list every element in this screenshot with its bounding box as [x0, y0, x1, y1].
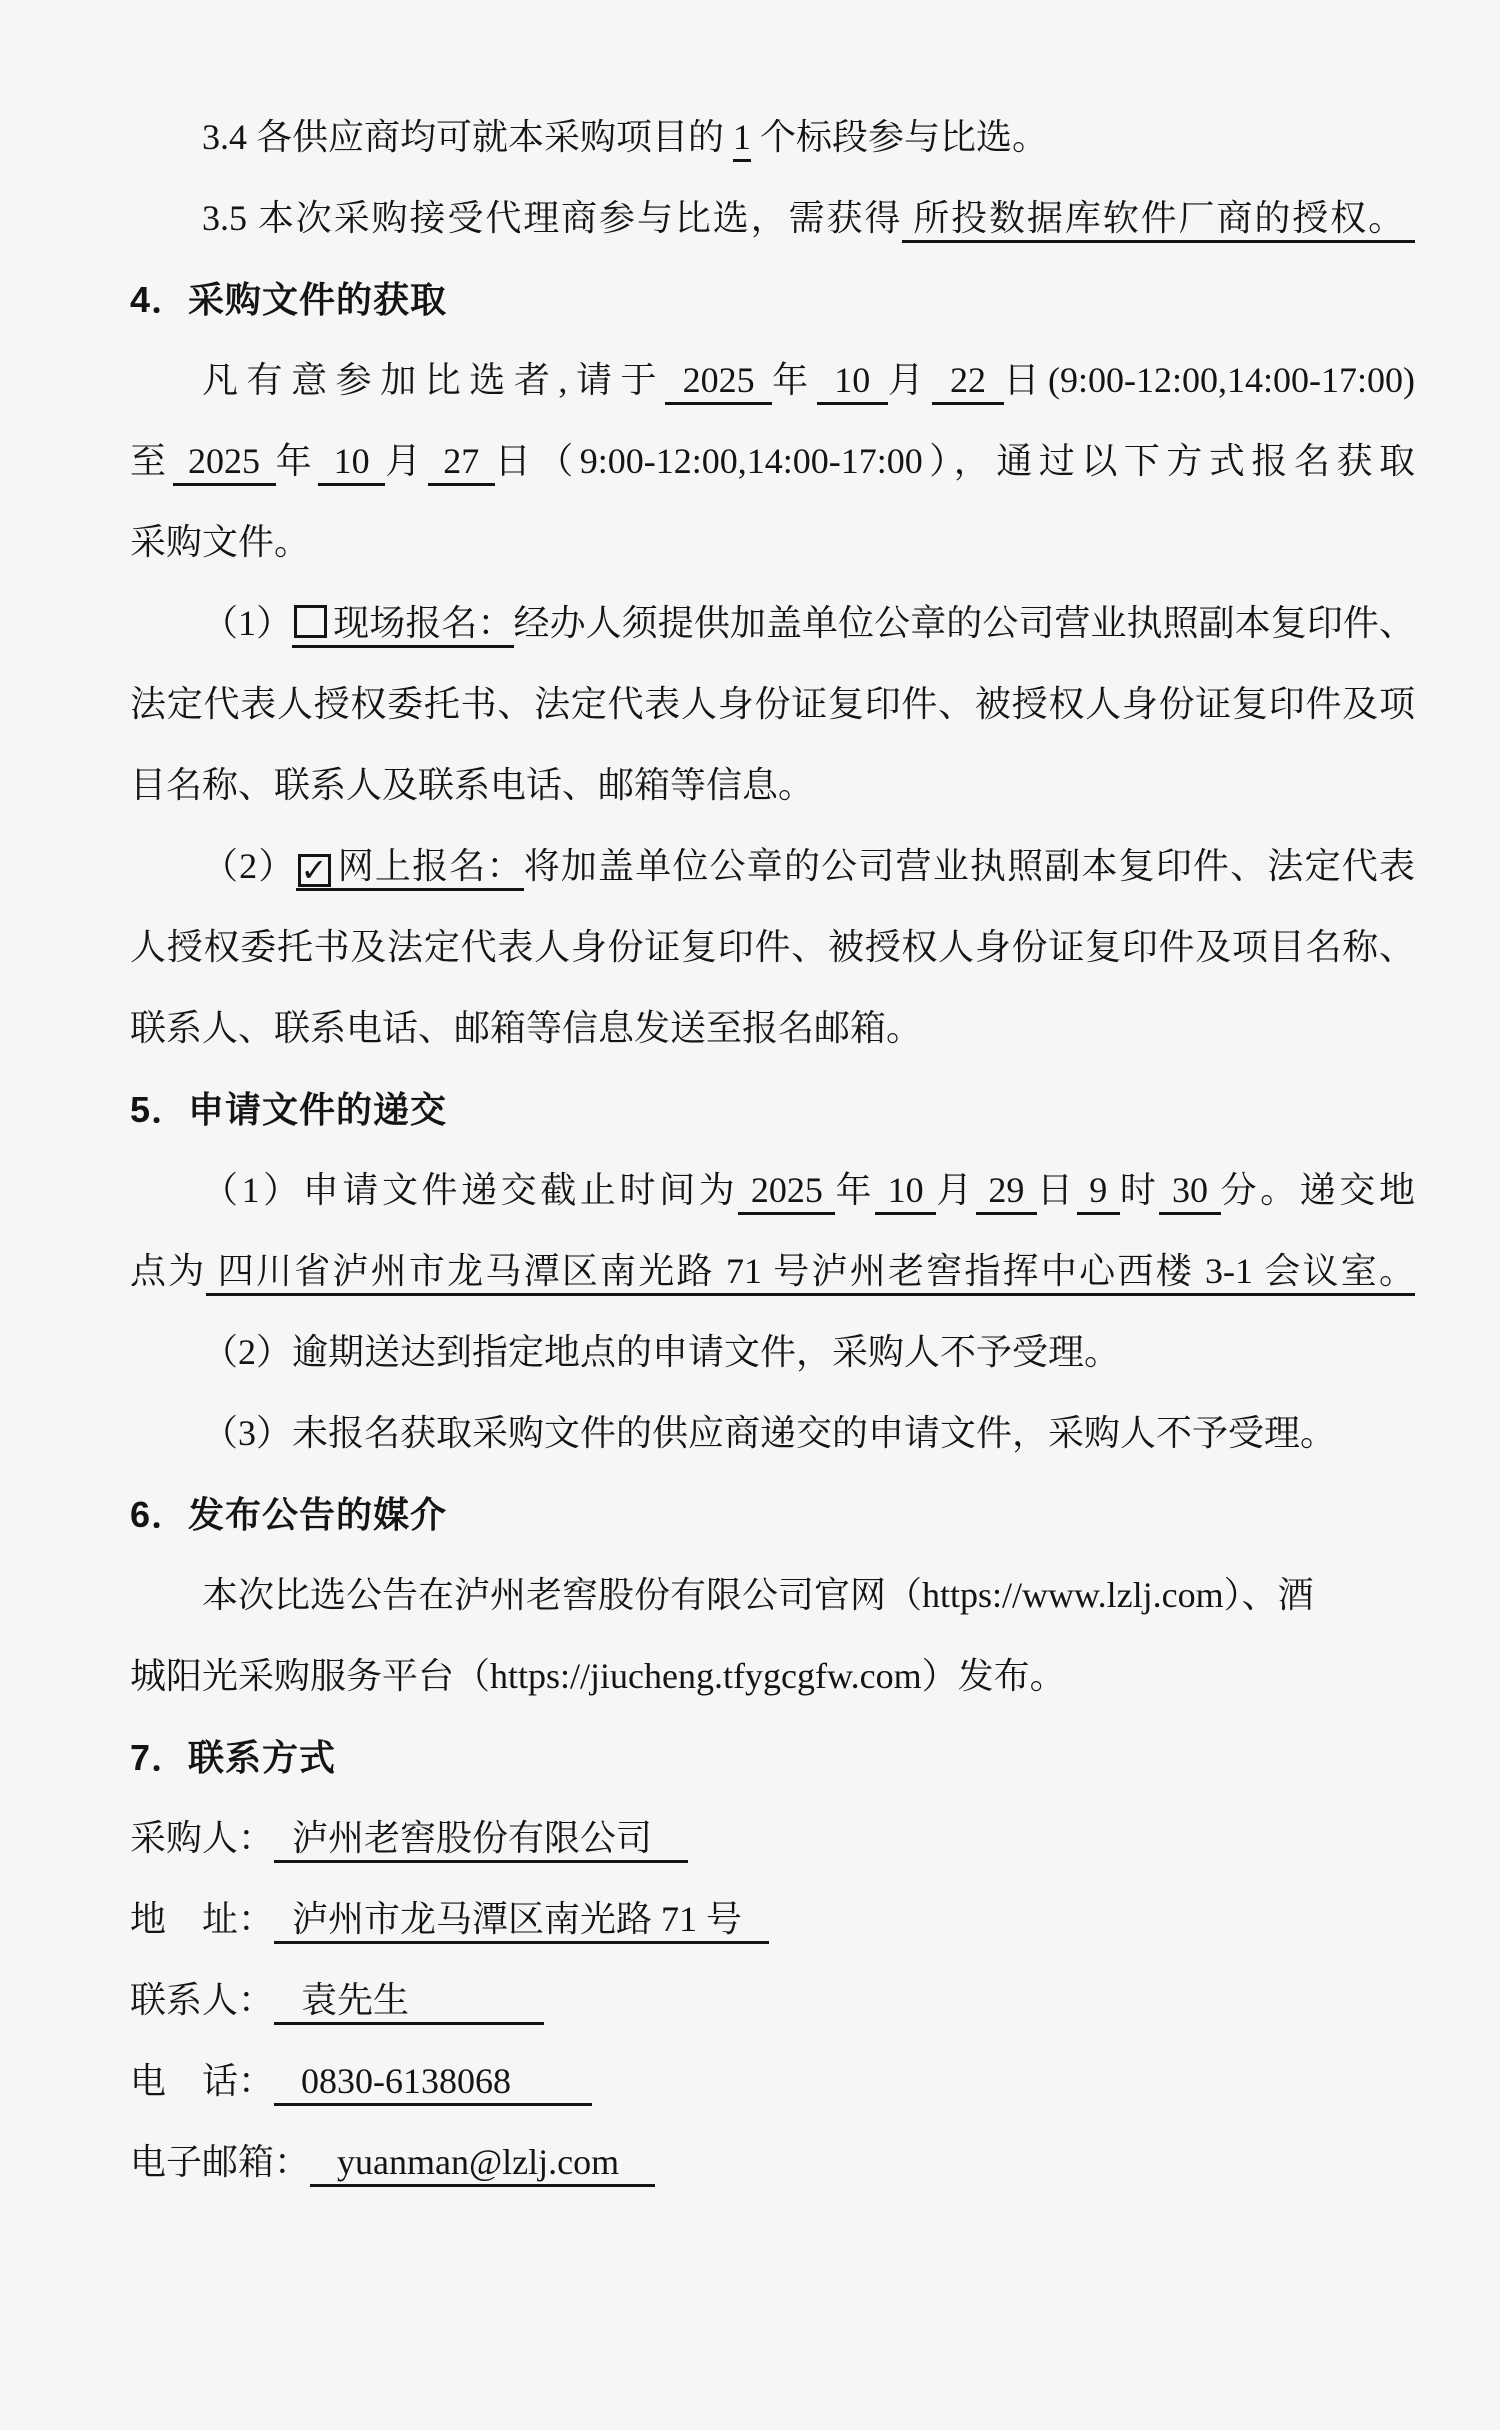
text-segment: 4．采购文件的获取 — [130, 279, 447, 320]
text-segment: 日(9:00-12:00,14:00-17:00) — [1004, 360, 1416, 400]
underlined-text: 9 — [1077, 1170, 1120, 1215]
text-segment: 将加盖单位公章的公司营业执照副本复印件、法定代表 — [524, 846, 1415, 886]
text-segment: 月 — [888, 360, 933, 400]
underlined-text: yuanman@lzlj.com — [310, 2142, 655, 2187]
text-segment: 地 址： — [130, 1899, 274, 1939]
text-segment: 采购文件。 — [130, 522, 310, 562]
text-segment: （2） — [202, 846, 296, 886]
text-segment: 城阳光采购服务平台（https://jiucheng.tfygcgfw.com）… — [130, 1656, 1066, 1696]
text-segment: （1）申请文件递交截止时间为 — [202, 1170, 738, 1210]
contact-email: 电子邮箱： yuanman@lzlj.com — [130, 2122, 1415, 2203]
text-segment: 电子邮箱： — [130, 2142, 310, 2182]
underlined-text: 2025 — [173, 441, 276, 486]
text-segment: 法定代表人授权委托书、法定代表人身份证复印件、被授权人身份证复印件及项 — [130, 684, 1415, 724]
clause-6-line-1: 本次比选公告在泸州老窖股份有限公司官网（https://www.lzlj.com… — [130, 1555, 1415, 1636]
underlined-text: 30 — [1159, 1170, 1220, 1215]
text-segment: 电 话： — [130, 2061, 274, 2101]
underlined-text: 所投数据库软件厂商的授权。 — [902, 198, 1415, 243]
registration-online-line-3: 联系人、联系电话、邮箱等信息发送至报名邮箱。 — [130, 988, 1415, 1069]
clause-3-4: 3.4 各供应商均可就本采购项目的 1 个标段参与比选。 — [130, 97, 1415, 178]
text-segment: 月 — [936, 1170, 976, 1210]
clause-4-line-1: 凡有意参加比选者,请于 2025 年 10 月 22 日(9:00-12:00,… — [130, 340, 1415, 421]
text-segment: 人授权委托书及法定代表人身份证复印件、被授权人身份证复印件及项目名称、 — [130, 927, 1415, 967]
text-segment: 个标段参与比选。 — [751, 117, 1048, 157]
underlined-text: 27 — [428, 441, 495, 486]
underlined-text: 22 — [932, 360, 1003, 405]
registration-online-line-1: （2）✓网上报名：将加盖单位公章的公司营业执照副本复印件、法定代表 — [130, 826, 1415, 907]
text-segment: 时 — [1120, 1170, 1160, 1210]
contact-address: 地 址： 泸州市龙马潭区南光路 71 号 — [130, 1879, 1415, 1960]
contact-purchaser: 采购人： 泸州老窖股份有限公司 — [130, 1798, 1415, 1879]
registration-onsite-line-3: 目名称、联系人及联系电话、邮箱等信息。 — [130, 745, 1415, 826]
text-segment: 年 — [835, 1170, 875, 1210]
clause-5-1-line-1: （1）申请文件递交截止时间为 2025 年 10 月 29 日 9 时 30 分… — [130, 1150, 1415, 1231]
text-segment: 经办人须提供加盖单位公章的公司营业执照副本复印件、 — [514, 603, 1415, 643]
clause-5-2: （2）逾期送达到指定地点的申请文件，采购人不予受理。 — [130, 1312, 1415, 1393]
clause-4-line-3: 采购文件。 — [130, 502, 1415, 583]
underlined-text: 四川省泸州市龙马潭区南光路 71 号泸州老窖指挥中心西楼 3-1 会议室。 — [206, 1251, 1415, 1296]
underlined-text: 10 — [875, 1170, 936, 1215]
underlined-text: 2025 — [738, 1170, 835, 1215]
underlined-text: 10 — [318, 441, 385, 486]
text-segment: 年 — [772, 360, 817, 400]
text-segment: 本次比选公告在泸州老窖股份有限公司官网（https://www.lzlj.com… — [202, 1575, 1314, 1615]
text-segment: 日 — [1037, 1170, 1077, 1210]
text-segment: 月 — [385, 441, 428, 481]
text-segment: 5．申请文件的递交 — [130, 1089, 447, 1130]
text-segment: 6．发布公告的媒介 — [130, 1494, 447, 1535]
underlined-text: 10 — [817, 360, 888, 405]
text-segment: 联系人、联系电话、邮箱等信息发送至报名邮箱。 — [130, 1008, 922, 1048]
text-segment: 年 — [276, 441, 319, 481]
underlined-text: 1 — [733, 117, 751, 162]
registration-online-line-2: 人授权委托书及法定代表人身份证复印件、被授权人身份证复印件及项目名称、 — [130, 907, 1415, 988]
clause-5-3: （3）未报名获取采购文件的供应商递交的申请文件，采购人不予受理。 — [130, 1393, 1415, 1474]
section-heading-4: 4．采购文件的获取 — [130, 259, 1415, 340]
text-segment: 3.4 各供应商均可就本采购项目的 — [202, 117, 733, 157]
checkbox-checked-icon: ✓ — [298, 854, 331, 887]
text-segment: （1） — [202, 603, 292, 643]
document-page: 3.4 各供应商均可就本采购项目的 1 个标段参与比选。3.5 本次采购接受代理… — [0, 0, 1500, 2430]
clause-6-line-2: 城阳光采购服务平台（https://jiucheng.tfygcgfw.com）… — [130, 1636, 1415, 1717]
text-segment: 凡有意参加比选者,请于 — [202, 360, 665, 400]
text-segment: （3）未报名获取采购文件的供应商递交的申请文件，采购人不予受理。 — [202, 1413, 1336, 1453]
underlined-text: 泸州市龙马潭区南光路 71 号 — [274, 1899, 769, 1944]
section-heading-6: 6．发布公告的媒介 — [130, 1474, 1415, 1555]
underlined-text: ✓网上报名： — [296, 846, 524, 891]
text-segment: 日（9:00-12:00,14:00-17:00），通过以下方式报名获取 — [495, 441, 1415, 481]
contact-person: 联系人： 袁先生 — [130, 1960, 1415, 2041]
underlined-text: 2025 — [665, 360, 772, 405]
text-segment: 至 — [130, 441, 173, 481]
text-segment: 分。递交地 — [1221, 1170, 1415, 1210]
text-segment: 3.5 本次采购接受代理商参与比选，需获得 — [202, 198, 902, 238]
underlined-text: 0830-6138068 — [274, 2061, 592, 2106]
registration-onsite-line-1: （1）现场报名：经办人须提供加盖单位公章的公司营业执照副本复印件、 — [130, 583, 1415, 664]
underlined-text: 现场报名： — [292, 603, 513, 648]
text-segment: （2）逾期送达到指定地点的申请文件，采购人不予受理。 — [202, 1332, 1120, 1372]
clause-5-1-line-2: 点为 四川省泸州市龙马潭区南光路 71 号泸州老窖指挥中心西楼 3-1 会议室。 — [130, 1231, 1415, 1312]
text-segment: 点为 — [130, 1251, 206, 1291]
text-segment: 目名称、联系人及联系电话、邮箱等信息。 — [130, 765, 814, 805]
section-heading-7: 7．联系方式 — [130, 1717, 1415, 1798]
underlined-text: 泸州老窖股份有限公司 — [274, 1818, 688, 1863]
section-heading-5: 5．申请文件的递交 — [130, 1069, 1415, 1150]
clause-4-line-2: 至 2025 年 10 月 27 日（9:00-12:00,14:00-17:0… — [130, 421, 1415, 502]
document-content: 3.4 各供应商均可就本采购项目的 1 个标段参与比选。3.5 本次采购接受代理… — [0, 0, 1500, 2203]
contact-phone: 电 话： 0830-6138068 — [130, 2041, 1415, 2122]
checkbox-unchecked-icon — [294, 605, 327, 638]
text-segment: 采购人： — [130, 1818, 274, 1858]
underlined-text: 袁先生 — [274, 1980, 544, 2025]
underlined-text: 29 — [976, 1170, 1037, 1215]
text-segment: 7．联系方式 — [130, 1737, 336, 1778]
clause-3-5: 3.5 本次采购接受代理商参与比选，需获得 所投数据库软件厂商的授权。 — [130, 178, 1415, 259]
registration-onsite-line-2: 法定代表人授权委托书、法定代表人身份证复印件、被授权人身份证复印件及项 — [130, 664, 1415, 745]
text-segment: 联系人： — [130, 1980, 274, 2020]
